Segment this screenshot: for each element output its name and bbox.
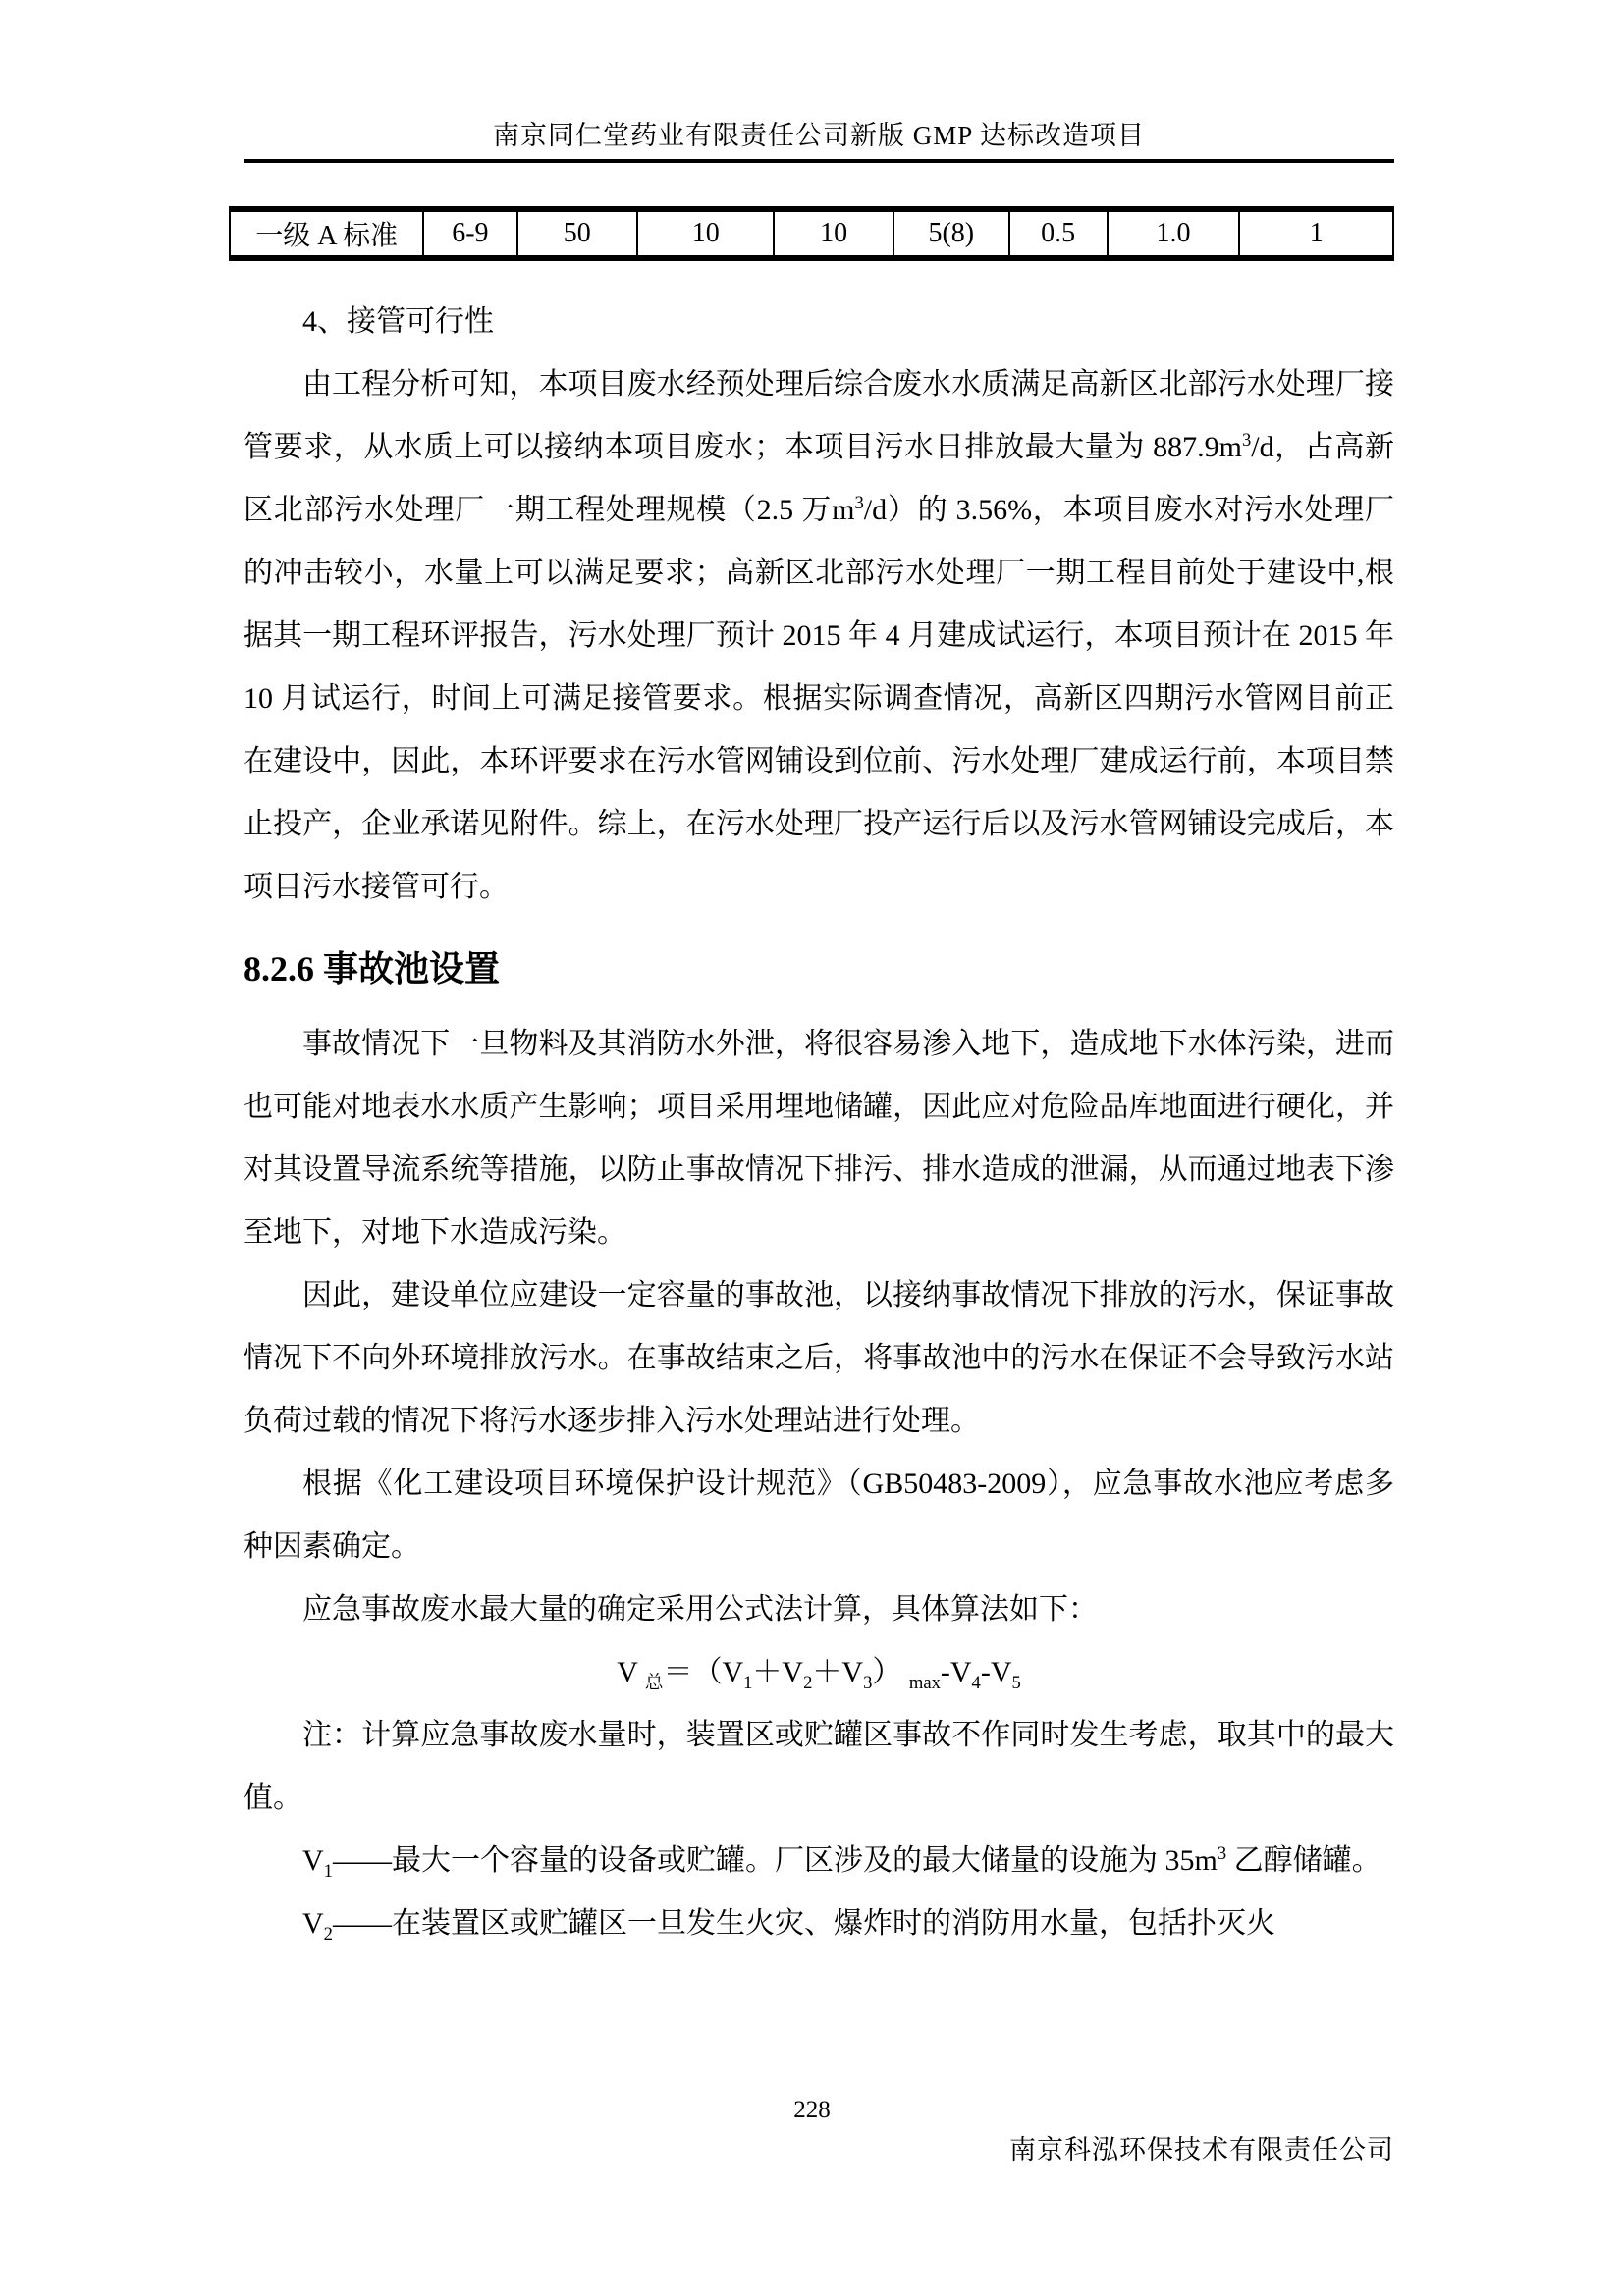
table-cell: 一级 A 标准: [230, 209, 423, 258]
formula: V 总＝（V1＋V2＋V3） max-V4-V5: [244, 1641, 1394, 1704]
text-segment: 应急事故废水最大量的确定采用公式法计算，具体算法如下：: [302, 1593, 1098, 1626]
table-cell: 10: [637, 209, 774, 258]
text-segment: 2: [803, 1673, 812, 1693]
text-segment: 根据《化工建设项目环境保护设计规范》（GB50483-2009），应急事故水池应…: [244, 1468, 1394, 1563]
table-cell: 1.0: [1108, 209, 1240, 258]
text-segment: ）: [872, 1656, 909, 1688]
text-segment: 乙醇储罐。: [1226, 1844, 1381, 1877]
table-cell: 5(8): [893, 209, 1009, 258]
section-heading: 8.2.6 事故池设置: [244, 940, 1394, 997]
text-segment: 3: [1218, 1843, 1226, 1864]
table-cell: 6-9: [423, 209, 516, 258]
table-row: 一级 A 标准6-95010105(8)0.51.01: [230, 209, 1393, 258]
text-segment: ——最大一个容量的设备或贮罐。厂区涉及的最大储量的设施为 35m: [333, 1844, 1218, 1877]
paragraph: 因此，建设单位应建设一定容量的事故池，以接纳事故情况下排放的污水，保证事故情况下…: [244, 1264, 1394, 1453]
table-cell: 10: [774, 209, 893, 258]
paragraph: 事故情况下一旦物料及其消防水外泄，将很容易渗入地下，造成地下水体污染，进而也可能…: [244, 1013, 1394, 1264]
paragraph: 4、接管可行性: [244, 291, 1394, 353]
document-page: 南京同仁堂药业有限责任公司新版 GMP 达标改造项目 一级 A 标准6-9501…: [0, 0, 1624, 2296]
text-segment: 3: [863, 1673, 872, 1693]
text-segment: 3: [1242, 430, 1251, 451]
table-cell: 50: [517, 209, 637, 258]
text-segment: 2: [324, 1924, 333, 1945]
paragraph: 应急事故废水最大量的确定采用公式法计算，具体算法如下：: [244, 1578, 1394, 1641]
text-segment: 事故情况下一旦物料及其消防水外泄，将很容易渗入地下，造成地下水体污染，进而也可能…: [244, 1028, 1394, 1249]
header-title: 南京同仁堂药业有限责任公司新版 GMP 达标改造项目: [244, 114, 1394, 152]
text-segment: 总: [645, 1673, 664, 1693]
text-segment: V: [302, 1907, 324, 1940]
text-segment: ＝（V: [663, 1656, 743, 1688]
text-segment: 5: [1011, 1673, 1020, 1693]
footer-company: 南京科泓环保技术有限责任公司: [1009, 2128, 1394, 2166]
paragraph: 由工程分析可知，本项目废水经预处理后综合废水水质满足高新区北部污水处理厂接管要求…: [244, 353, 1394, 919]
paragraph: 注：计算应急事故废水量时，装置区或贮罐区事故不作同时发生考虑，取其中的最大值。: [244, 1704, 1394, 1830]
text-segment: ＋V: [812, 1656, 863, 1688]
paragraph: V2——在装置区或贮罐区一旦发生火灾、爆炸时的消防用水量，包括扑灭火: [244, 1893, 1394, 1955]
text-segment: max: [909, 1673, 941, 1693]
text-segment: 1: [324, 1861, 333, 1882]
paragraph: V1——最大一个容量的设备或贮罐。厂区涉及的最大储量的设施为 35m3 乙醇储罐…: [244, 1830, 1394, 1893]
text-segment: ——在装置区或贮罐区一旦发生火灾、爆炸时的消防用水量，包括扑灭火: [333, 1907, 1275, 1940]
text-segment: V: [302, 1844, 324, 1877]
text-segment: ＋V: [752, 1656, 803, 1688]
text-segment: 注：计算应急事故废水量时，装置区或贮罐区事故不作同时发生考虑，取其中的最大值。: [244, 1719, 1394, 1814]
text-segment: /d）的 3.56%，本项目废水对污水处理厂的冲击较小，水量上可以满足要求；高新…: [244, 494, 1394, 903]
text-segment: -V: [981, 1656, 1012, 1688]
text-segment: 4、接管可行性: [302, 305, 494, 338]
table-wrap: 一级 A 标准6-95010105(8)0.51.01: [229, 206, 1394, 261]
standards-table: 一级 A 标准6-95010105(8)0.51.01: [229, 206, 1394, 261]
page-number: 228: [0, 2097, 1624, 2124]
document-content: 4、接管可行性由工程分析可知，本项目废水经预处理后综合废水水质满足高新区北部污水…: [244, 291, 1394, 1955]
table-cell: 1: [1239, 209, 1393, 258]
page-header: 南京同仁堂药业有限责任公司新版 GMP 达标改造项目: [244, 0, 1394, 163]
text-segment: 8.2.6 事故池设置: [244, 949, 500, 988]
paragraph: 根据《化工建设项目环境保护设计规范》（GB50483-2009），应急事故水池应…: [244, 1453, 1394, 1578]
text-segment: 4: [972, 1673, 981, 1693]
text-segment: 因此，建设单位应建设一定容量的事故池，以接纳事故情况下排放的污水，保证事故情况下…: [244, 1279, 1394, 1437]
text-segment: 3: [854, 493, 863, 513]
text-segment: V: [617, 1656, 645, 1688]
text-segment: 由工程分析可知，本项目废水经预处理后综合废水水质满足高新区北部污水处理厂接管要求…: [244, 368, 1394, 463]
table-cell: 0.5: [1009, 209, 1108, 258]
text-segment: -V: [941, 1656, 972, 1688]
